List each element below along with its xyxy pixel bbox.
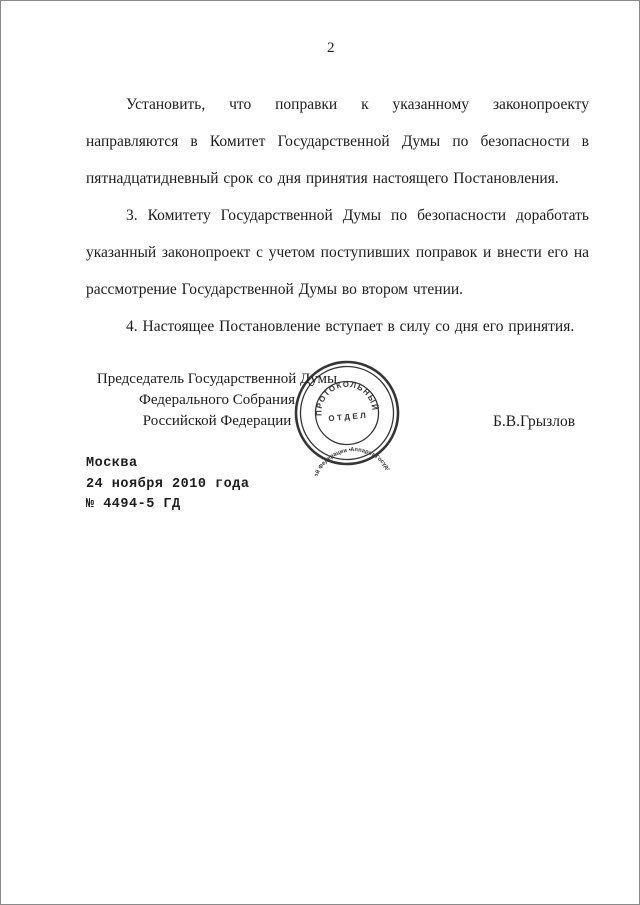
paragraph-item-2-continuation: Установить, что поправки к указанному за… <box>86 86 589 197</box>
svg-text:ПРОТОКОЛЬНЫЙ: ПРОТОКОЛЬНЫЙ <box>312 377 380 417</box>
paragraph-item-4: 4. Настоящее Постановление вступает в си… <box>86 308 589 345</box>
footer-date: 24 ноября 2010 года <box>86 475 249 496</box>
document-page: 2 Установить, что поправки к указанному … <box>0 0 640 905</box>
paragraph-item-3: 3. Комитету Государственной Думы по безо… <box>86 197 589 308</box>
stamp-ring-text: Аппарат Государственной Думы Федеральног… <box>307 444 400 478</box>
signee-name: Б.В.Грызлов <box>493 413 575 431</box>
svg-text:Аппарат Государственной Думы Ф: Аппарат Государственной Думы Федеральног… <box>307 444 400 478</box>
footer-document-number: № 4494-5 ГД <box>86 495 249 516</box>
stamp-center-word: ОТДЕЛ <box>328 411 369 423</box>
footer-block: Москва 24 ноября 2010 года № 4494-5 ГД <box>86 454 249 516</box>
page-number: 2 <box>1 40 640 57</box>
stamp-center-arc-text: ПРОТОКОЛЬНЫЙ <box>312 377 380 417</box>
body-text: Установить, что поправки к указанному за… <box>86 86 589 345</box>
protocol-department-stamp-icon: Аппарат Государственной Думы Федеральног… <box>282 348 412 478</box>
footer-city: Москва <box>86 454 249 475</box>
